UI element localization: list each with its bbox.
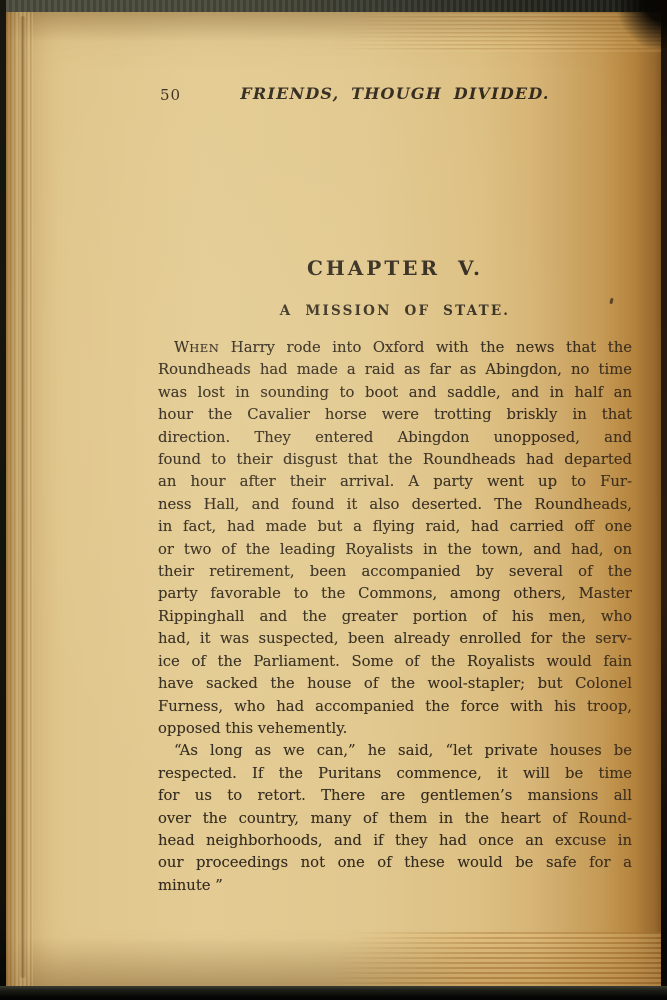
text-line: in fact, had made but a flying raid, had… (158, 516, 632, 538)
text-line: was lost in sounding to boot and saddle,… (158, 382, 632, 404)
text-line: party favorable to the Commons, among ot… (158, 583, 632, 605)
text-line: “As long as we can,” he said, “let priva… (158, 740, 632, 762)
page-header: 50 FRIENDS, THOUGH DIVIDED. (158, 84, 632, 106)
text-line: direction. They entered Abingdon unoppos… (158, 427, 632, 449)
text-line: WHEN Harry rode into Oxford with the new… (158, 337, 632, 359)
page-edges-bottom-right (334, 932, 661, 986)
text-line: for us to retort. There are gentlemen’s … (158, 785, 632, 807)
running-header: FRIENDS, THOUGH DIVIDED. (158, 84, 632, 103)
lead-capital: W (174, 339, 189, 356)
book-scan-photo: 50 FRIENDS, THOUGH DIVIDED. CHAPTER V. A… (0, 0, 667, 1000)
lead-small-caps: HEN (189, 341, 219, 355)
text-line: over the country, many of them in the he… (158, 808, 632, 830)
text-line: had, it was suspected, been already enro… (158, 628, 632, 650)
text-line: have sacked the house of the wool-staple… (158, 673, 632, 695)
book-page: 50 FRIENDS, THOUGH DIVIDED. CHAPTER V. A… (6, 12, 661, 986)
page-edges-top-right (324, 12, 661, 52)
page-number: 50 (160, 86, 181, 104)
chapter-title: CHAPTER V. (158, 256, 632, 280)
text-line: Furness, who had accompanied the force w… (158, 696, 632, 718)
text-line: Rippinghall and the greater portion of h… (158, 606, 632, 628)
text-line: minute ” (158, 875, 632, 897)
text-line: head neighborhoods, and if they had once… (158, 830, 632, 852)
chapter-subtitle: A MISSION OF STATE. (158, 303, 632, 319)
page-fold-line (20, 16, 26, 978)
text-line: or two of the leading Royalists in the t… (158, 539, 632, 561)
body-text: WHEN Harry rode into Oxford with the new… (158, 337, 632, 897)
text-line: our proceedings not one of these would b… (158, 852, 632, 874)
text-line: ice of the Parliament. Some of the Royal… (158, 651, 632, 673)
text-line: Roundheads had made a raid as far as Abi… (158, 359, 632, 381)
book-bottom-edge (0, 986, 667, 1000)
book-cover-corner-shadow (615, 0, 667, 48)
text-line: an hour after their arrival. A party wen… (158, 471, 632, 493)
text-line: respected. If the Puritans commence, it … (158, 763, 632, 785)
text-line: found to their disgust that the Roundhea… (158, 449, 632, 471)
book-right-edge (661, 0, 667, 1000)
text-line: ness Hall, and found it also deserted. T… (158, 494, 632, 516)
text-line: hour the Cavalier horse were trotting br… (158, 404, 632, 426)
text-line: their retirement, been accompanied by se… (158, 561, 632, 583)
text-line: opposed this vehemently. (158, 718, 632, 740)
